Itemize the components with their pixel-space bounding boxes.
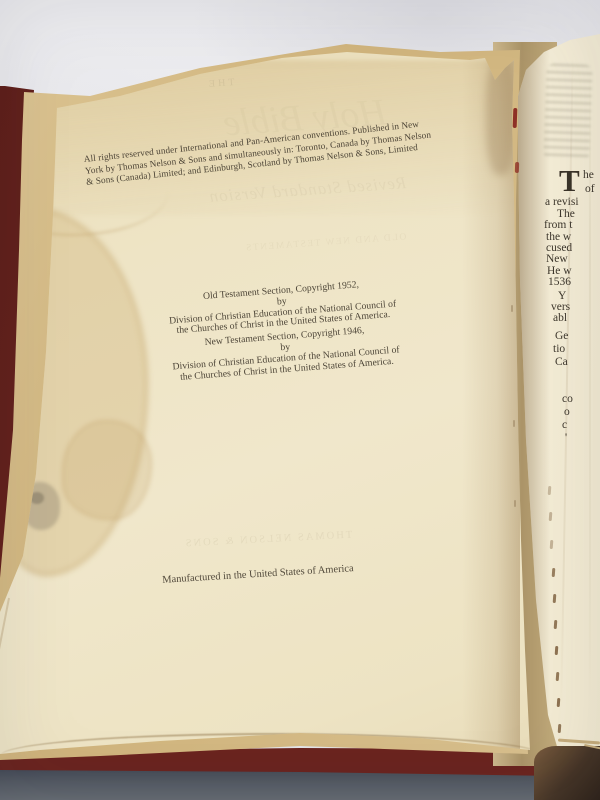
- water-stain-lower: [62, 420, 152, 520]
- right-page-text-fragment: a revisi: [545, 196, 579, 208]
- right-page-text-fragment: co: [562, 393, 573, 405]
- right-page-text-fragment: New: [546, 253, 568, 265]
- page-edge-mark: [514, 500, 516, 507]
- binding-stitch: [550, 540, 554, 549]
- gutter-red-mark: [515, 162, 519, 173]
- binding-stitch: [552, 568, 556, 577]
- right-page-drop-cap: T: [559, 167, 580, 195]
- right-page-crease: [589, 60, 591, 700]
- binding-stitch: [553, 594, 557, 603]
- copyright-block: Old Testament Section, Copyright 1952, b…: [116, 274, 452, 388]
- right-page-text-fragment: from t: [544, 219, 572, 231]
- right-page-text-fragment: he: [583, 169, 594, 181]
- left-page-copyright: THE Holy Bible Revised Standard Version …: [0, 0, 600, 800]
- page-edge-mark: [513, 420, 515, 427]
- showthrough-version-script: Revised Standard Version: [200, 173, 416, 208]
- right-page-text-fragment: Ca: [555, 356, 568, 368]
- right-page-text-fragment: tio: [553, 343, 565, 355]
- binding-stitch: [548, 486, 552, 495]
- right-page-text-fragment: o: [564, 406, 570, 418]
- manufactured-line: Manufactured in the United States of Ame…: [102, 559, 414, 589]
- binding-stitch: [555, 646, 559, 655]
- gutter-top-shading: [486, 55, 516, 175]
- right-page-text-fragment: 1536: [548, 276, 571, 288]
- binding-stitch: [557, 698, 561, 707]
- book-cover-corner: [534, 746, 600, 800]
- binding-stitch: [556, 672, 560, 681]
- rights-notice: All rights reserved under International …: [83, 112, 484, 188]
- photo-of-open-book: T he of a revisi The from t the w cused …: [0, 0, 600, 800]
- right-page-text-fragment: c: [562, 419, 567, 431]
- gutter-red-mark: [513, 108, 518, 128]
- binding-stitch: [549, 512, 553, 521]
- right-page-text-fragment: ': [565, 432, 567, 444]
- right-page-text-fragment: of: [585, 183, 595, 195]
- binding-stitch: [558, 724, 562, 733]
- showthrough-the: THE: [206, 77, 235, 90]
- right-page-showthrough: [543, 63, 592, 161]
- page-crease: [0, 598, 10, 744]
- page-edge-mark: [511, 305, 513, 312]
- showthrough-testaments: OLD AND NEW TESTAMENTS: [233, 232, 418, 255]
- binding-stitch: [554, 620, 558, 629]
- showthrough-publisher: THOMAS NELSON & SONS: [178, 529, 358, 549]
- right-page-text-fragment: Ge: [555, 330, 568, 342]
- gutter-shading: [462, 50, 520, 755]
- right-page-text-fragment: abl: [553, 312, 567, 324]
